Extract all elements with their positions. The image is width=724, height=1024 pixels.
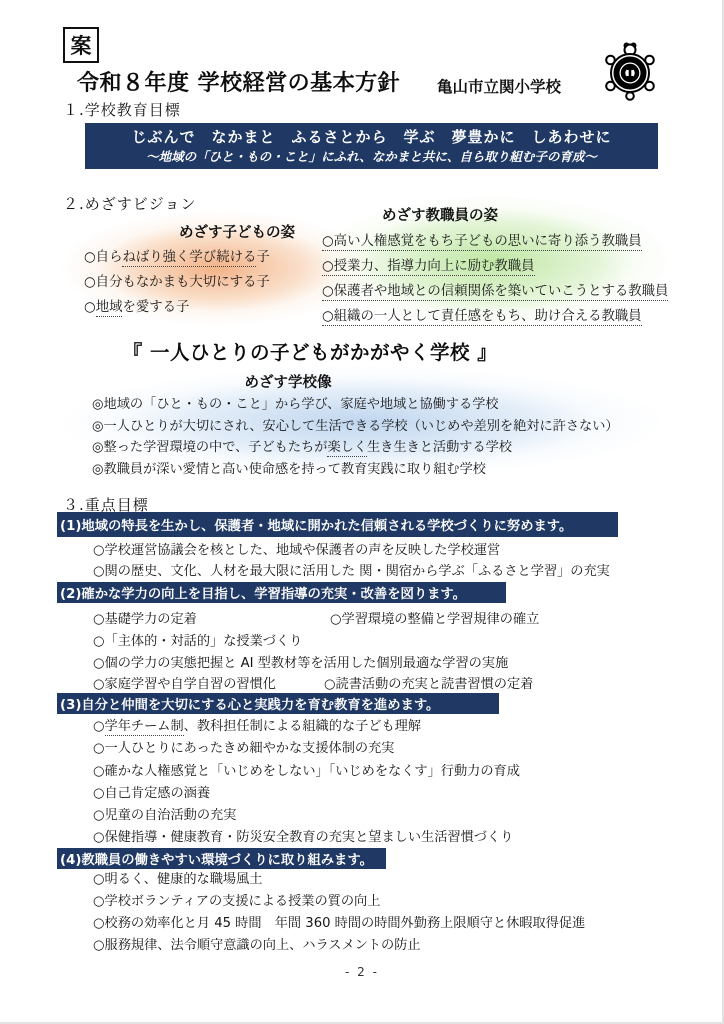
school-slogan: 『 一人ひとりの子どもがかがやく学校 』 [0, 337, 620, 365]
goal2-header-bar: (2)確かな学力の向上を目指し、学習指導の充実・改善を図ります。 [57, 582, 506, 603]
draft-stamp: 案 [63, 27, 99, 63]
list-item: ○児童の自治活動の充実 [93, 805, 520, 827]
list-item: ○校務の効率化と月 45 時間 年間 360 時間の時間外勤務上限順守と休暇取得… [93, 913, 585, 935]
motto-line2: ～地域の「ひと・もの・こと」にふれ、なかまと共に、自ら取り組む子の育成～ [85, 147, 658, 166]
staff-vision-title: めざす教職員の姿 [382, 204, 498, 225]
page-title: 令和８年度 学校経営の基本方針 [77, 66, 400, 97]
list-item: ○高い人権感覚をもち子どもの思いに寄り添う教職員 [322, 229, 668, 254]
section-heading-vision: ２.めざすビジョン [63, 193, 196, 214]
list-item: ○保護者や地域との信頼関係を築いていこうとする教職員 [322, 279, 668, 304]
staff-vision-list: ○高い人権感覚をもち子どもの思いに寄り添う教職員 ○授業力、指導力向上に励む教職… [322, 229, 668, 329]
list-item: ○自己肯定感の涵養 [93, 783, 520, 805]
school-image-title: めざす学校像 [0, 371, 576, 392]
list-item: ○保健指導・健康教育・防災安全教育の充実と望ましい生活習慣づくり [93, 827, 520, 849]
list-item: ○自分もなかまも大切にする子 [84, 270, 270, 295]
list-item: ○地域を愛する子 [84, 295, 270, 320]
list-item: ○個の学力の実態把握と AI 型教材等を活用した個別最適な学習の実施 [93, 653, 539, 675]
goal1-list: ○学校運営協議会を核とした、地域や保護者の声を反映した学校運営 ○関の歴史、文化… [93, 540, 610, 582]
document-page: 案 令和８年度 学校経営の基本方針 亀山市立関小学校 １.学校教育目標 じぶんで… [0, 0, 724, 1024]
list-item: ○一人ひとりにあったきめ細やかな支援体制の充実 [93, 738, 520, 760]
list-item: ○「主体的・対話的」な授業づくり [93, 631, 539, 653]
section-heading-education-goal: １.学校教育目標 [63, 99, 181, 120]
list-item: ○明るく、健康的な職場風土 [93, 869, 585, 891]
goal3-list: ○学年チーム制、教科担任制による組織的な子ども理解 ○一人ひとりにあったきめ細や… [93, 716, 520, 850]
list-item: ○自らねばり強く学び続ける子 [84, 245, 270, 270]
children-vision-list: ○自らねばり強く学び続ける子 ○自分もなかまも大切にする子 ○地域を愛する子 [84, 245, 270, 321]
list-item: ○基礎学力の定着○学習環境の整備と学習規律の確立 [93, 609, 539, 631]
list-item: ○学年チーム制、教科担任制による組織的な子ども理解 [93, 716, 520, 738]
goal2-list: ○基礎学力の定着○学習環境の整備と学習規律の確立 ○「主体的・対話的」な授業づく… [93, 609, 539, 696]
list-item: ○関の歴史、文化、人材を最大限に活用した 関・関宿から学ぶ「ふるさと学習」の充実 [93, 561, 610, 582]
list-item: ◎教職員が深い愛情と高い使命感を持って教育実践に取り組む学校 [92, 459, 619, 481]
school-turtle-emblem-icon [598, 39, 662, 103]
draft-stamp-label: 案 [71, 30, 92, 60]
list-item: ◎一人ひとりが大切にされ、安心して生活できる学校（いじめや差別を絶対に許さない） [92, 416, 619, 438]
goal3-header-bar: (3)自分と仲間を大切にする心と実践力を育む教育を進めます。 [57, 693, 499, 714]
school-name: 亀山市立関小学校 [437, 75, 561, 97]
list-item: ○組織の一人として責任感をもち、助け合える教職員 [322, 304, 668, 329]
list-item: ○授業力、指導力向上に励む教職員 [322, 254, 668, 279]
list-item: ○学校運営協議会を核とした、地域や保護者の声を反映した学校運営 [93, 540, 610, 561]
school-image-list: ◎地域の「ひと・もの・こと」から学び、家庭や地域と協働する学校 ◎一人ひとりが大… [92, 394, 619, 480]
list-item: ○確かな人権感覚と「いじめをしない」「いじめをなくす」行動力の育成 [93, 761, 520, 783]
motto-line1: じぶんで なかまと ふるさとから 学ぶ 夢豊かに しあわせに [85, 127, 658, 147]
goal4-header-bar: (4)教職員の働きやすい環境づくりに取り組みます。 [57, 848, 386, 869]
list-item: ○服務規律、法令順守意識の向上、ハラスメントの防止 [93, 935, 585, 957]
list-item: ◎整った学習環境の中で、子どもたちが楽しく生き生きと活動する学校 [92, 437, 619, 459]
children-vision-title: めざす子どもの姿 [179, 221, 295, 242]
school-motto-banner: じぶんで なかまと ふるさとから 学ぶ 夢豊かに しあわせに ～地域の「ひと・も… [85, 123, 658, 169]
list-item: ○学校ボランティアの支援による授業の質の向上 [93, 891, 585, 913]
page-number: - 2 - [0, 965, 724, 979]
goal4-list: ○明るく、健康的な職場風土 ○学校ボランティアの支援による授業の質の向上 ○校務… [93, 869, 585, 957]
goal1-header-bar: (1)地域の特長を生かし、保護者・地域に開かれた信頼される学校づくりに努めます。 [57, 512, 618, 537]
list-item: ◎地域の「ひと・もの・こと」から学び、家庭や地域と協働する学校 [92, 394, 619, 416]
